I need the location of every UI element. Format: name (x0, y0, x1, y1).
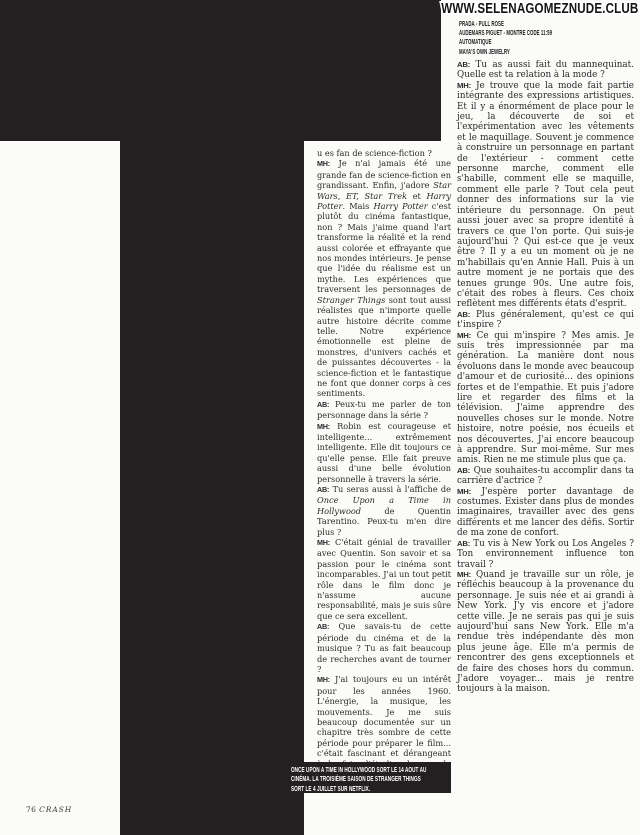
speaker-label: AB: (457, 310, 470, 319)
caption-line-3: SORT LE 4 JUILLET SUR NETFLIX. (291, 784, 390, 793)
paragraph: AB: Que souhaites-tu accomplir dans ta c… (457, 466, 634, 487)
paragraph: MH: J'espère porter davantage de costume… (457, 487, 634, 539)
body-text: . Mais (342, 201, 373, 211)
watermark-text: WWW.SELENAGOMEZNUDE.CLUB (441, 1, 638, 17)
speaker-label: AB: (457, 60, 470, 69)
credit-line-3: AUTOMATIQUE (459, 38, 552, 47)
speaker-label: MH: (317, 159, 330, 168)
speaker-label: MH: (457, 81, 471, 90)
magazine-page: WWW.SELENAGOMEZNUDE.CLUB WWW.SELENAGOMEZ… (0, 0, 640, 835)
body-text: Quand je travaille sur un rôle, je réflé… (457, 570, 634, 694)
body-text: Tu as aussi fait du mannequinat. Quelle … (457, 60, 634, 80)
magazine-name: CRASH (39, 805, 72, 814)
article-column-left: u es fan de science-fiction ?MH: Je n'ai… (317, 148, 451, 779)
page-footer: 76CRASH (26, 805, 72, 814)
paragraph: MH: Ce qui m'inspire ? Mes amis. Je suis… (457, 331, 634, 466)
paragraph: AB: Que savais-tu de cette période du ci… (317, 621, 451, 674)
body-text: Robin est courageuse et intelligente... … (317, 421, 451, 484)
paragraph: AB: Peux-tu me parler de ton personnage … (317, 399, 451, 421)
body-text: Plus généralement, qu'est ce qui t'inspi… (457, 310, 634, 330)
italic-title-text: Harry Potter (374, 201, 428, 211)
body-text: Je n'ai jamais été une grande fan de sci… (317, 158, 451, 190)
body-text: sont tout aussi réalistes que n'importe … (317, 295, 451, 399)
article-column-right: AB: Tu as aussi fait du mannequinat. Que… (457, 60, 634, 695)
body-text: Tu seras aussi à l'affiche de (333, 484, 451, 494)
paragraph: MH: Je n'ai jamais été une grande fan de… (317, 158, 451, 398)
paragraph: AB: Tu as aussi fait du mannequinat. Que… (457, 60, 634, 81)
paragraph: AB: Tu seras aussi à l'affiche de Once U… (317, 484, 451, 537)
paragraph: MH: Quand je travaille sur un rôle, je r… (457, 570, 634, 695)
body-text: Je trouve que la mode fait partie intégr… (457, 81, 634, 310)
speaker-label: MH: (317, 538, 330, 547)
speaker-label: MH: (317, 675, 330, 684)
italic-title-text: Stranger Things (317, 295, 385, 305)
body-text: et (407, 191, 426, 201)
body-text: Peux-tu me parler de ton personnage dans… (317, 399, 451, 420)
speaker-label: AB: (317, 622, 329, 631)
speaker-label: AB: (457, 466, 470, 475)
release-caption-box: ONCE UPON A TIME IN HOLLYWOOD SORT LE 14… (281, 762, 451, 793)
body-text: Ce qui m'inspire ? Mes amis. Je suis trè… (457, 331, 634, 466)
body-text: C'était génial de travailler avec Quenti… (317, 537, 451, 621)
body-text: Que souhaites-tu accomplir dans ta carri… (457, 466, 634, 486)
body-text: u es fan de science-fiction ? (317, 148, 432, 158)
credit-line-4: MAYA'S OWN JEWELRY (459, 48, 552, 57)
caption-line-2: CINÉMA. LA TROISIÈME SAISON DE STRANGER … (291, 774, 390, 783)
top-photo-block (0, 0, 441, 141)
credit-line-1: PRADA - PULL ROSE (459, 20, 552, 29)
speaker-label: MH: (457, 331, 471, 340)
body-text: Tu vis à New York ou Los Angeles ? Ton e… (457, 539, 634, 570)
paragraph: MH: Je trouve que la mode fait partie in… (457, 81, 634, 310)
speaker-label: MH: (457, 487, 471, 496)
body-text: J'espère porter davantage de costumes. E… (457, 487, 634, 539)
paragraph: AB: Plus généralement, qu'est ce qui t'i… (457, 310, 634, 331)
body-text: c'est plutôt du cinéma fantastique, non … (317, 201, 451, 294)
paragraph: AB: Tu vis à New York ou Los Angeles ? T… (457, 539, 634, 570)
left-photo-block (120, 141, 304, 835)
speaker-label: AB: (317, 485, 329, 494)
credit-line-2: AUDEMARS PIGUET - MONTRE CODE 11:59 (459, 29, 552, 38)
paragraph: MH: Robin est courageuse et intelligente… (317, 421, 451, 484)
credits-block: PRADA - PULL ROSE AUDEMARS PIGUET - MONT… (459, 20, 609, 57)
page-number: 76 (26, 805, 36, 814)
speaker-label: AB: (317, 400, 329, 409)
caption-line-1: ONCE UPON A TIME IN HOLLYWOOD SORT LE 14… (291, 765, 390, 774)
speaker-label: MH: (317, 422, 330, 431)
body-text: Que savais-tu de cette période du cinéma… (317, 621, 451, 674)
paragraph: MH: C'était génial de travailler avec Qu… (317, 537, 451, 621)
speaker-label: AB: (457, 539, 470, 548)
speaker-label: MH: (457, 570, 471, 579)
paragraph: u es fan de science-fiction ? (317, 148, 451, 158)
